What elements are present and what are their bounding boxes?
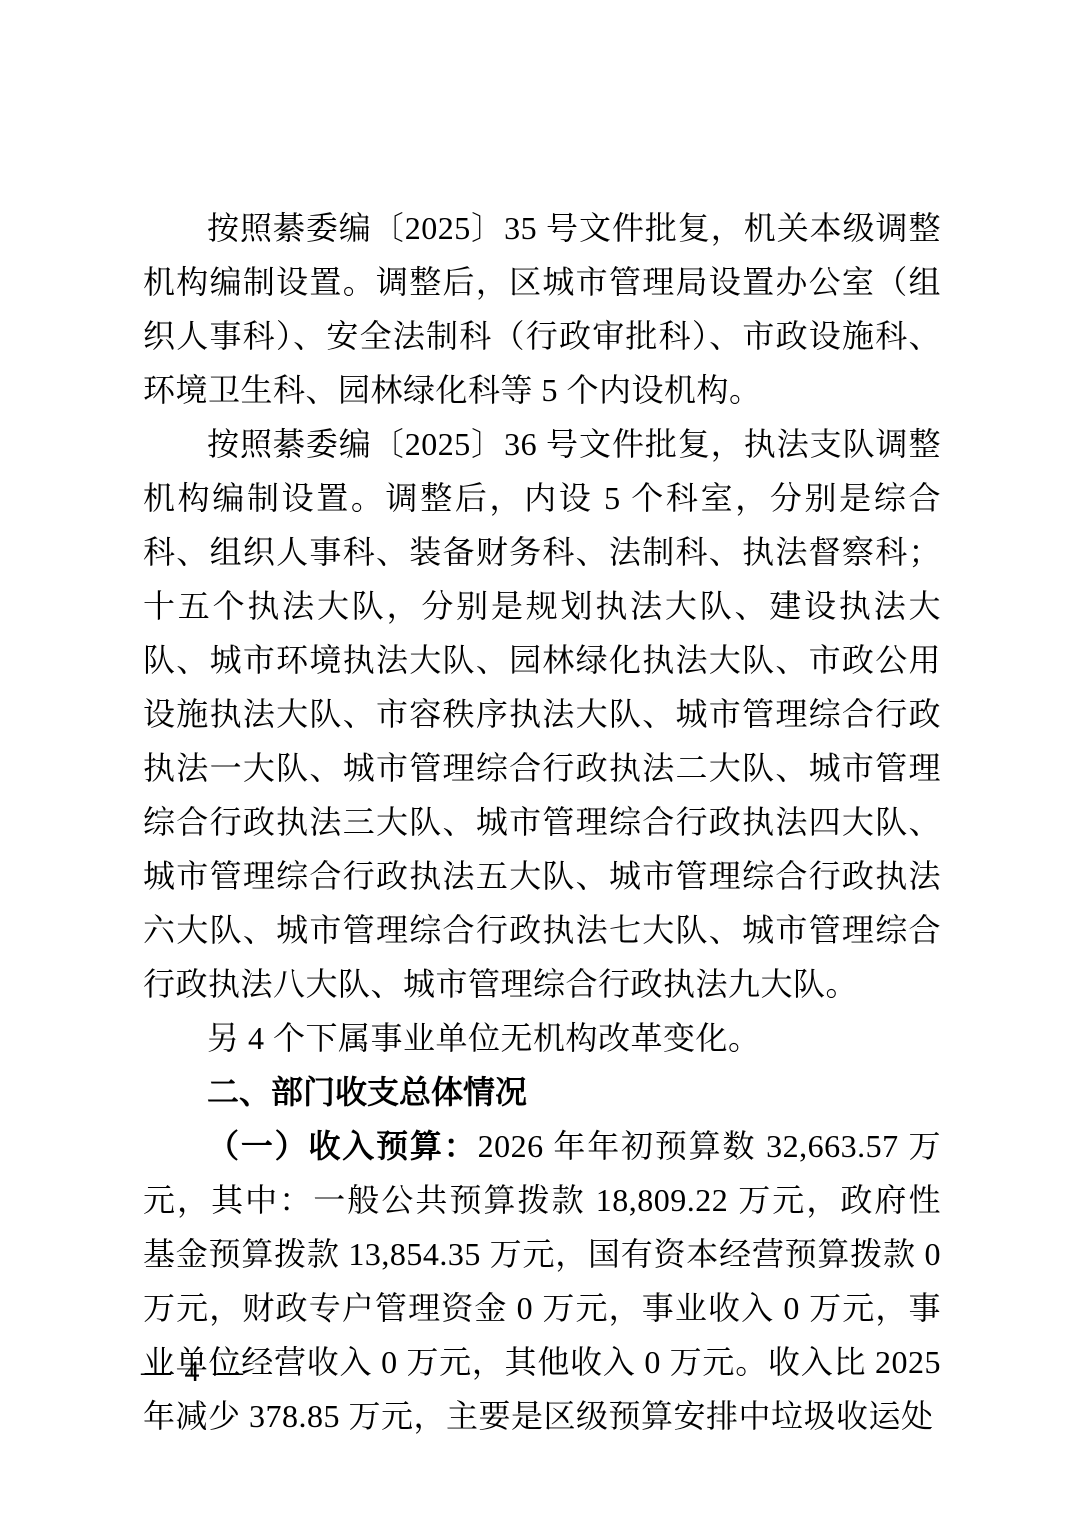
document-body: 按照綦委编〔2025〕35 号文件批复，机关本级调整机构编制设置。调整后，区城市… [143, 201, 941, 1443]
paragraph-org-adjustment-35: 按照綦委编〔2025〕35 号文件批复，机关本级调整机构编制设置。调整后，区城市… [143, 201, 941, 417]
page-number: — 4 — [141, 1352, 246, 1392]
paragraph-subordinate-units: 另 4 个下属事业单位无机构改革变化。 [143, 1011, 941, 1065]
income-budget-text: 2026 年年初预算数 32,663.57 万元，其中：一般公共预算拨款 18,… [143, 1128, 941, 1434]
section-heading: 二、部门收支总体情况 [143, 1065, 941, 1119]
paragraph-org-adjustment-36: 按照綦委编〔2025〕36 号文件批复，执法支队调整机构编制设置。调整后，内设 … [143, 417, 941, 1011]
paragraph-income-budget: （一）收入预算：2026 年年初预算数 32,663.57 万元，其中：一般公共… [143, 1119, 941, 1443]
document-page: 按照綦委编〔2025〕35 号文件批复，机关本级调整机构编制设置。调整后，区城市… [0, 0, 1074, 1520]
income-budget-lead: （一）收入预算： [207, 1128, 478, 1164]
